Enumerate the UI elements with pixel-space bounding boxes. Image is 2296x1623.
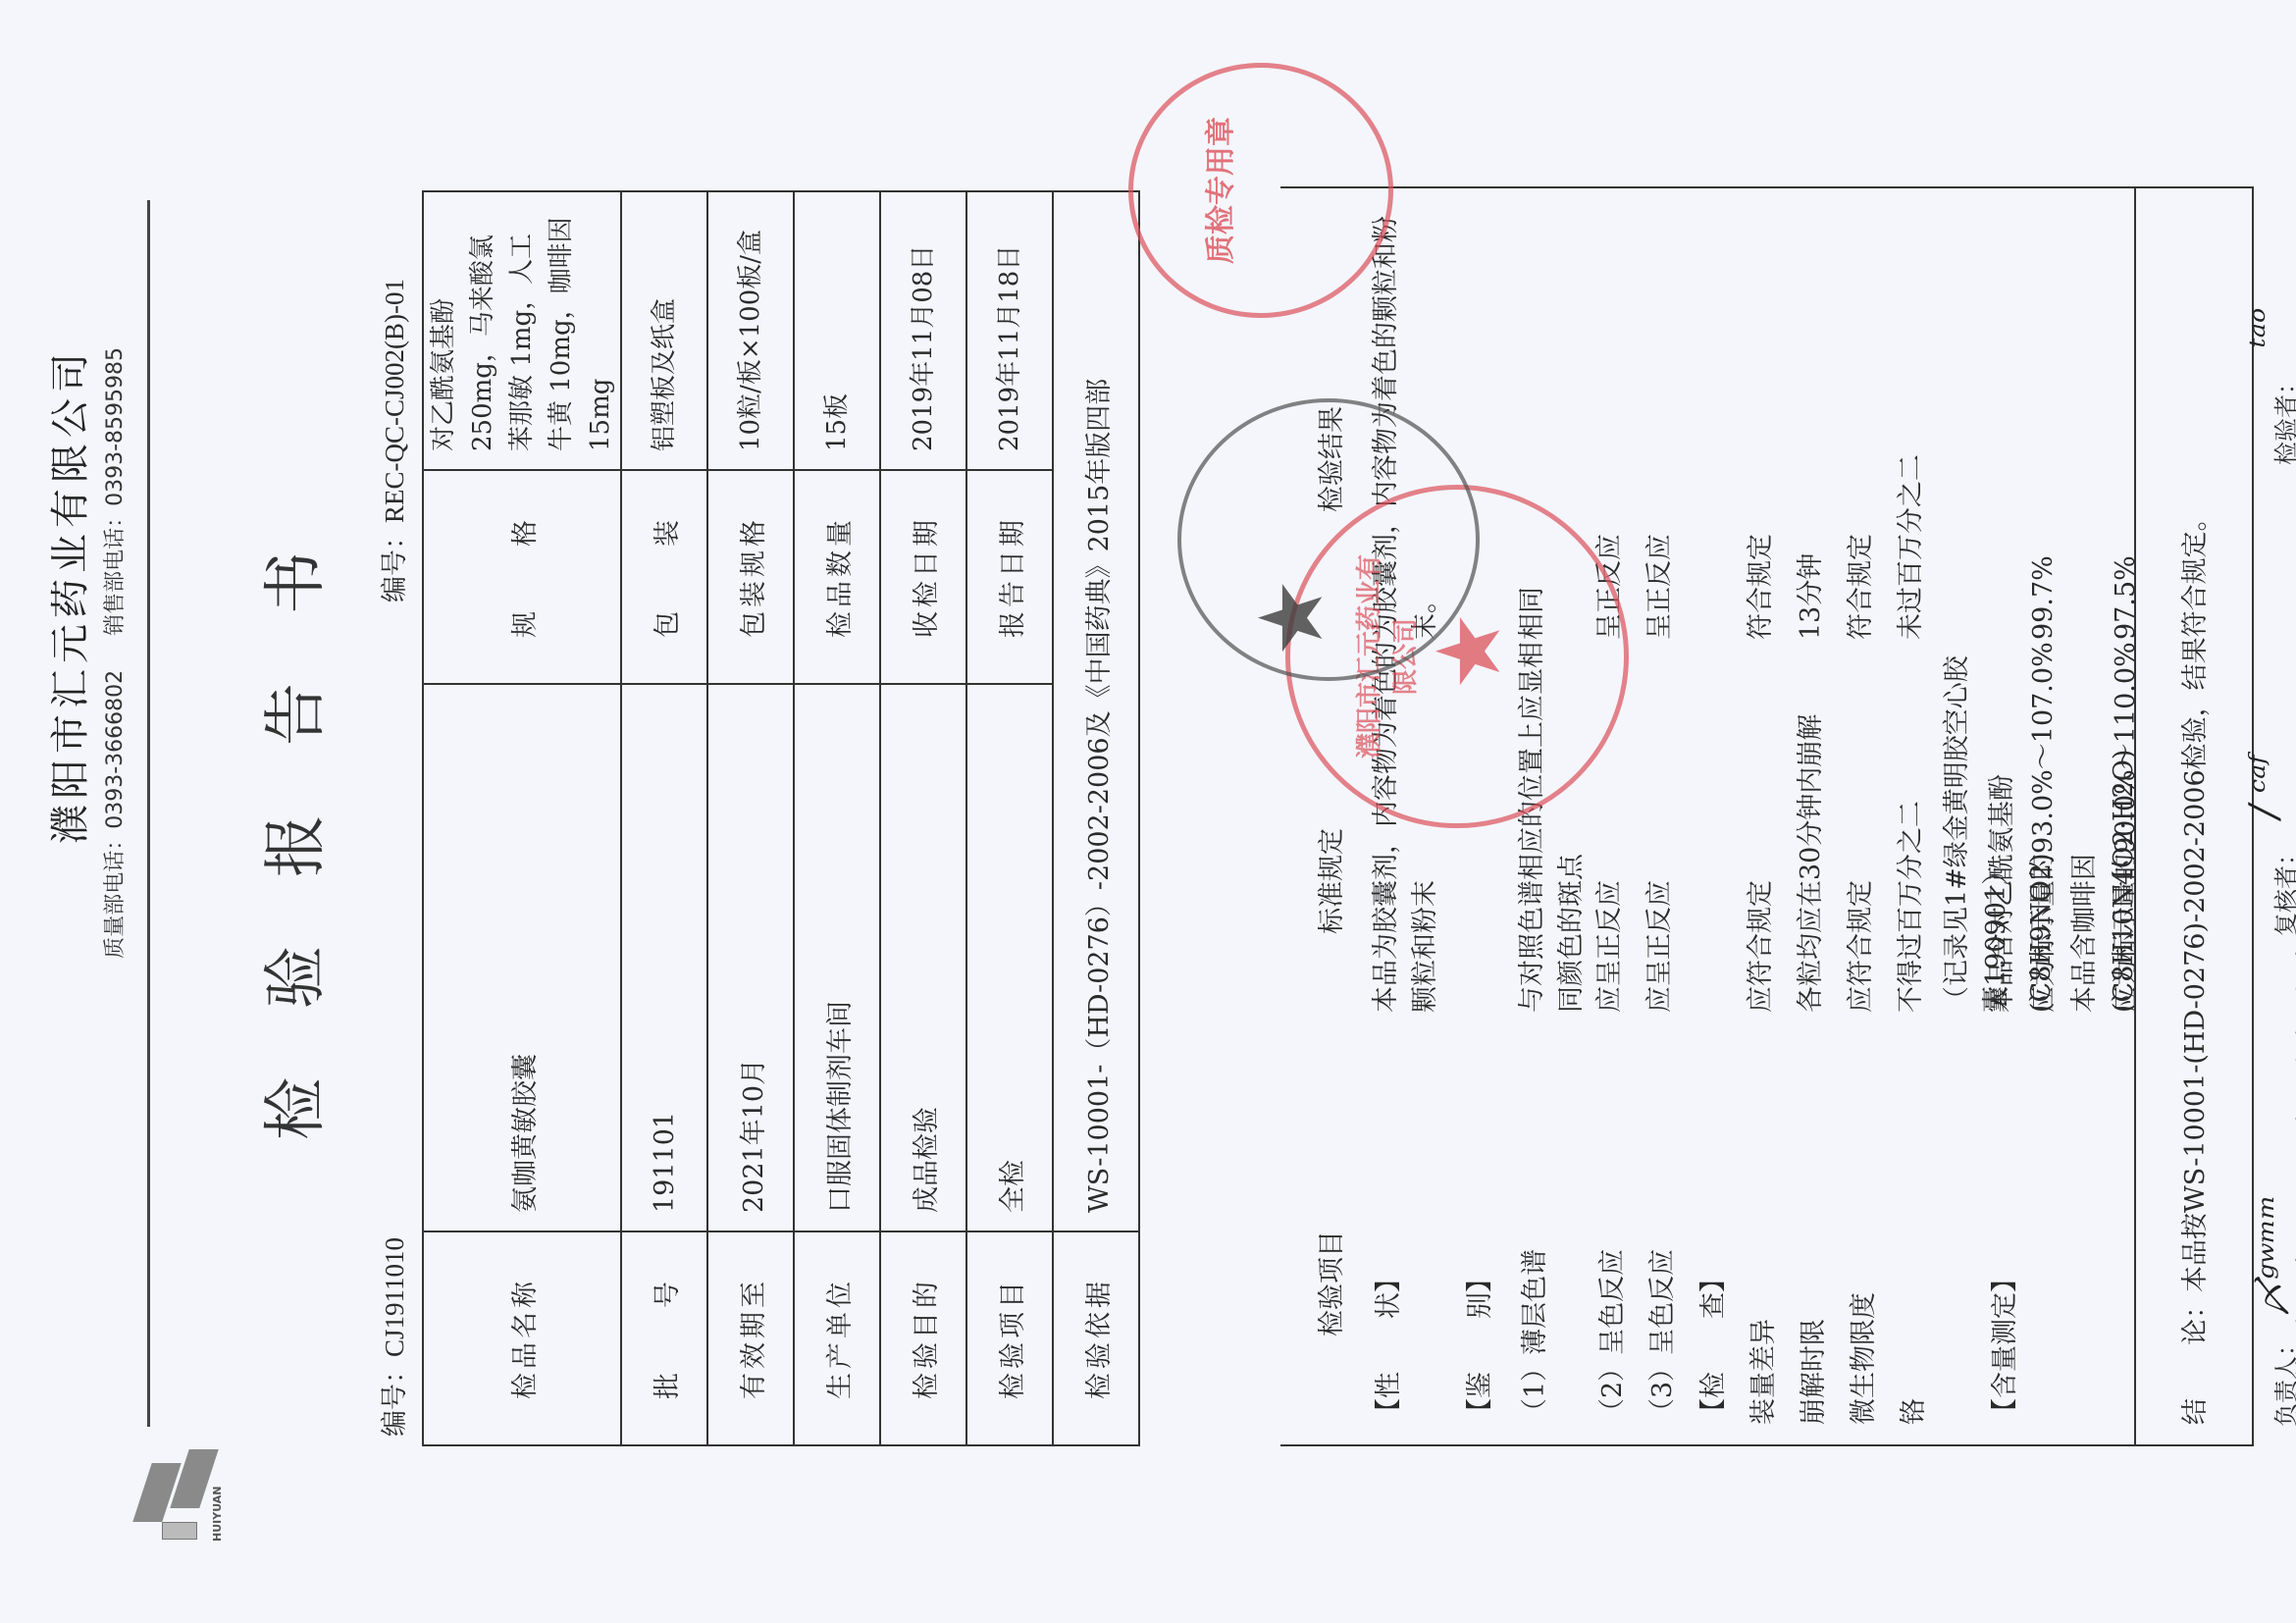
expiry: 2021年10月 xyxy=(707,684,794,1231)
row-item: （3）呈色反应 xyxy=(1641,1249,1679,1425)
stamp-star-icon: ★ xyxy=(1240,578,1343,657)
conclusion-label: 结 论： xyxy=(2180,1292,2211,1425)
serial-number-left: 编号：CJ1911010 xyxy=(373,1237,411,1437)
row-result: 99.7% xyxy=(2024,208,2063,640)
row-result: 符合规定 xyxy=(1842,208,1881,640)
row-standard: 各粒均应在30分钟内崩解 xyxy=(1792,640,1831,1013)
conclusion-text: 本品按WS-10001-(HD-0276)-2002-2006检验，结果符合规定… xyxy=(2180,504,2211,1292)
company-logo: HUIYUAN xyxy=(142,1432,231,1540)
inspector-signature: ᵗᵃᵒ xyxy=(2242,308,2287,347)
info-table: 检品名称 氨咖黄敏胶囊 规 格 对乙酰氨基酚 250mg，马来酸氯苯那敏 1mg… xyxy=(422,190,1140,1446)
row-result: 未过百万分之二 xyxy=(1892,208,1931,640)
row-item: （1）薄层色谱 xyxy=(1513,1249,1551,1425)
producer-label: 生产单位 xyxy=(794,1231,880,1445)
inspection-report-page: HUIYUAN 濮阳市汇元药业有限公司 质量部电话：0393-3666802 销… xyxy=(0,0,2296,1623)
row-item: 微生物限度 xyxy=(1842,1292,1880,1425)
row-result: 符合规定 xyxy=(1742,208,1781,640)
row-item: 【检 查】 xyxy=(1692,1266,1730,1425)
items: 全检 xyxy=(966,684,1053,1231)
col-header-standard: 标准规定 xyxy=(1310,828,1348,934)
info-row: 检验依据 WS-10001-（HD-0276）-2002-2006及《中国药典》… xyxy=(1053,191,1139,1445)
info-row: 有效期至 2021年10月 包装规格 10粒/板×100板/盒 xyxy=(707,191,794,1445)
row-item: 【性 状】 xyxy=(1367,1266,1405,1425)
report-date-label: 报告日期 xyxy=(966,470,1053,684)
purpose: 成品检验 xyxy=(880,684,966,1231)
info-row: 批 号 191101 包 装 铝塑板及纸盒 xyxy=(621,191,707,1445)
row-standard: 应呈正反应 xyxy=(1641,640,1680,1013)
sample-qty: 15板 xyxy=(794,191,880,470)
company-phones: 质量部电话：0393-3666802 销售部电话：0393-8595985 xyxy=(98,347,129,1230)
quality-phone-label: 质量部电话： xyxy=(103,829,128,959)
received-date: 2019年11月08日 xyxy=(880,191,966,470)
header-divider xyxy=(147,200,150,1427)
row-result: 13分钟 xyxy=(1792,208,1831,640)
sales-phone-label: 销售部电话： xyxy=(103,506,128,636)
product-name-label: 检品名称 xyxy=(423,1231,621,1445)
sample-qty-label: 检品数量 xyxy=(794,470,880,684)
gray-stamp: ★ xyxy=(1177,398,1480,681)
company-name: 濮阳市汇元药业有限公司 xyxy=(39,347,95,1230)
package-spec: 10粒/板×100板/盒 xyxy=(707,191,794,470)
purpose-label: 检验目的 xyxy=(880,1231,966,1445)
package-spec-label: 包装规格 xyxy=(707,470,794,684)
qc-stamp: 质检专用章 xyxy=(1128,63,1393,318)
row-item: 铬 xyxy=(1892,1398,1930,1425)
batch: 191101 xyxy=(621,684,707,1231)
row-standard: 不得过百万分之二 xyxy=(1892,640,1931,1013)
received-label: 收检日期 xyxy=(880,470,966,684)
conclusion-box: 结 论：本品按WS-10001-(HD-0276)-2002-2006检验，结果… xyxy=(2134,186,2254,1446)
spec: 对乙酰氨基酚 250mg，马来酸氯苯那敏 1mg，人工牛黄 10mg，咖啡因 1… xyxy=(423,191,621,470)
slogans: 诚信重于泰山质量贵如生命 xyxy=(2286,875,2296,1417)
inspector-label: 检验者： xyxy=(2267,371,2296,465)
row-item: 【鉴 别】 xyxy=(1458,1266,1496,1425)
basis-label: 检验依据 xyxy=(1053,1231,1139,1445)
report-date: 2019年11月18日 xyxy=(966,191,1053,470)
row-item: 【含量测定】 xyxy=(1983,1266,2021,1425)
row-standard: 应为标示量的93.0%～107.0% xyxy=(2024,640,2063,1013)
sales-phone: 0393-8595985 xyxy=(103,347,128,506)
serial-number-right: 编号：REC-QC-CJ002(B)-01 xyxy=(373,279,411,602)
row-item: 装量差异 xyxy=(1742,1319,1780,1425)
col-header-item: 检验项目 xyxy=(1310,1230,1348,1336)
items-label: 检验项目 xyxy=(966,1231,1053,1445)
row-standard: 应符合规定 xyxy=(1842,640,1881,1013)
info-row: 检验目的 成品检验 收检日期 2019年11月08日 xyxy=(880,191,966,1445)
row-item: 崩解时限 xyxy=(1792,1319,1830,1425)
batch-label: 批 号 xyxy=(621,1231,707,1445)
row-result: 呈正反应 xyxy=(1641,208,1680,640)
expiry-label: 有效期至 xyxy=(707,1231,794,1445)
row-item: （2）呈色反应 xyxy=(1591,1249,1629,1425)
spec-label: 规 格 xyxy=(423,470,621,684)
basis: WS-10001-（HD-0276）-2002-2006及《中国药典》2015年… xyxy=(1053,191,1139,1231)
producer: 口服固体制剂车间 xyxy=(794,684,880,1231)
package: 铝塑板及纸盒 xyxy=(621,191,707,470)
row-standard: 应符合规定 xyxy=(1742,640,1781,1013)
info-row: 生产单位 口服固体制剂车间 检品数量 15板 xyxy=(794,191,880,1445)
document-title: 检验报告书 xyxy=(245,0,336,1623)
info-row: 检验项目 全检 报告日期 2019年11月18日 xyxy=(966,191,1053,1445)
reviewer-signature: / ᶜᵃᶠ xyxy=(2242,755,2287,818)
info-row: 检品名称 氨咖黄敏胶囊 规 格 对乙酰氨基酚 250mg，马来酸氯苯那敏 1mg… xyxy=(423,191,621,1445)
product-name: 氨咖黄敏胶囊 xyxy=(423,684,621,1231)
quality-phone: 0393-3666802 xyxy=(103,670,128,829)
package-label: 包 装 xyxy=(621,470,707,684)
